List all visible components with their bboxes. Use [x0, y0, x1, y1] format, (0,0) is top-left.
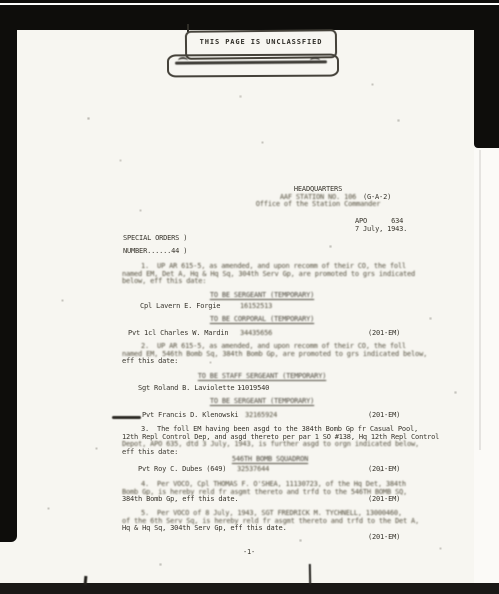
promotee-serial: 32165924: [245, 412, 277, 419]
scan-right-margin: [474, 148, 499, 583]
promotee-name: Sgt Roland B. Laviolette -: [138, 385, 242, 392]
scanned-document-page: THIS PAGE IS UNCLASSFIED HEADQUARTERS AA…: [0, 0, 499, 594]
assignee-name: Pvt Roy C. Dubes (649): [138, 466, 226, 473]
scan-edge-right-strip: [474, 5, 499, 148]
para4-line1: 4. Per VOCO, Cpl THOMAS F. O'SHEA, 11130…: [141, 481, 406, 488]
promotee-name: Cpl Lavern E. Forgie: [140, 303, 220, 310]
grade-heading-sergeant-2: TO BE SERGEANT (TEMPORARY): [210, 398, 314, 405]
para4-line3: 384th Bomb Gp, eff this date.: [122, 496, 238, 503]
squadron-heading: 546TH BOMB SQUADRON: [232, 456, 308, 463]
para2-line1: 2. UP AR 615-5, as amended, and upon rec…: [141, 343, 406, 350]
promotee-name: Pvt Francis D. Klenowski: [142, 412, 238, 419]
order-number-line: NUMBER......44 ): [123, 248, 187, 255]
special-orders-line: SPECIAL ORDERS ): [123, 235, 187, 242]
scan-edge-bottom-band: [0, 583, 499, 594]
para1-line1: 1. UP AR 615-5, as amended, and upon rec…: [141, 263, 406, 270]
assignee-serial: 32537644: [237, 466, 269, 473]
grade-heading-staff-sergeant: TO BE STAFF SERGEANT (TEMPORARY): [198, 373, 326, 380]
header-date: 7 July, 1943.: [355, 226, 407, 233]
file-tag: (201-EM): [368, 330, 400, 337]
scribble-hook-right: [310, 57, 320, 64]
scan-noise-speckles: [0, 0, 1, 1]
header-office: Office of the Station Commander: [256, 201, 380, 208]
promotee-name: Pvt 1cl Charles W. Mardin: [128, 330, 228, 337]
promotee-serial: 11019540: [237, 385, 269, 392]
grade-heading-sergeant: TO BE SERGEANT (TEMPORARY): [210, 292, 314, 299]
scan-right-streak: [479, 150, 481, 450]
para5-line3: Hq & Hq Sq, 304th Serv Gp, eff this date…: [122, 525, 287, 532]
header-apo: APO 634: [355, 218, 403, 225]
grade-heading-corporal: TO BE CORPORAL (TEMPORARY): [210, 316, 314, 323]
file-tag: (201-EM): [368, 466, 400, 473]
promotee-serial: 34435656: [240, 330, 272, 337]
file-tag: (201-EM): [368, 496, 400, 503]
scan-edge-left-strip: [0, 5, 17, 542]
header-ref-code: (G-A-2): [363, 194, 391, 201]
promotee-serial: 16152513: [240, 303, 272, 310]
file-tag: (201-EM): [368, 534, 400, 541]
para2-line3: eff this date:: [122, 358, 178, 365]
para1-line3: below, eff this date:: [122, 278, 206, 285]
para3-line4: eff this date:: [122, 449, 178, 456]
file-tag: (201-EM): [368, 412, 400, 419]
unclassified-stamp-text: THIS PAGE IS UNCLASSFIED: [193, 38, 329, 46]
scan-edge-top-band: [0, 5, 499, 30]
pen-mark: [309, 564, 311, 585]
para3-line1: 3. The foll EM having been asgd to the 3…: [141, 426, 418, 433]
para5-line1: 5. Per VOCO of 8 July, 1943, SGT FREDRIC…: [141, 510, 402, 517]
page-number: -1-: [243, 549, 255, 556]
scribble-hook-left: [178, 57, 188, 64]
para3-line3: Depot, APO 635, dtd 3 July, 1943, is fur…: [122, 441, 419, 448]
margin-pen-dash: [112, 416, 141, 419]
